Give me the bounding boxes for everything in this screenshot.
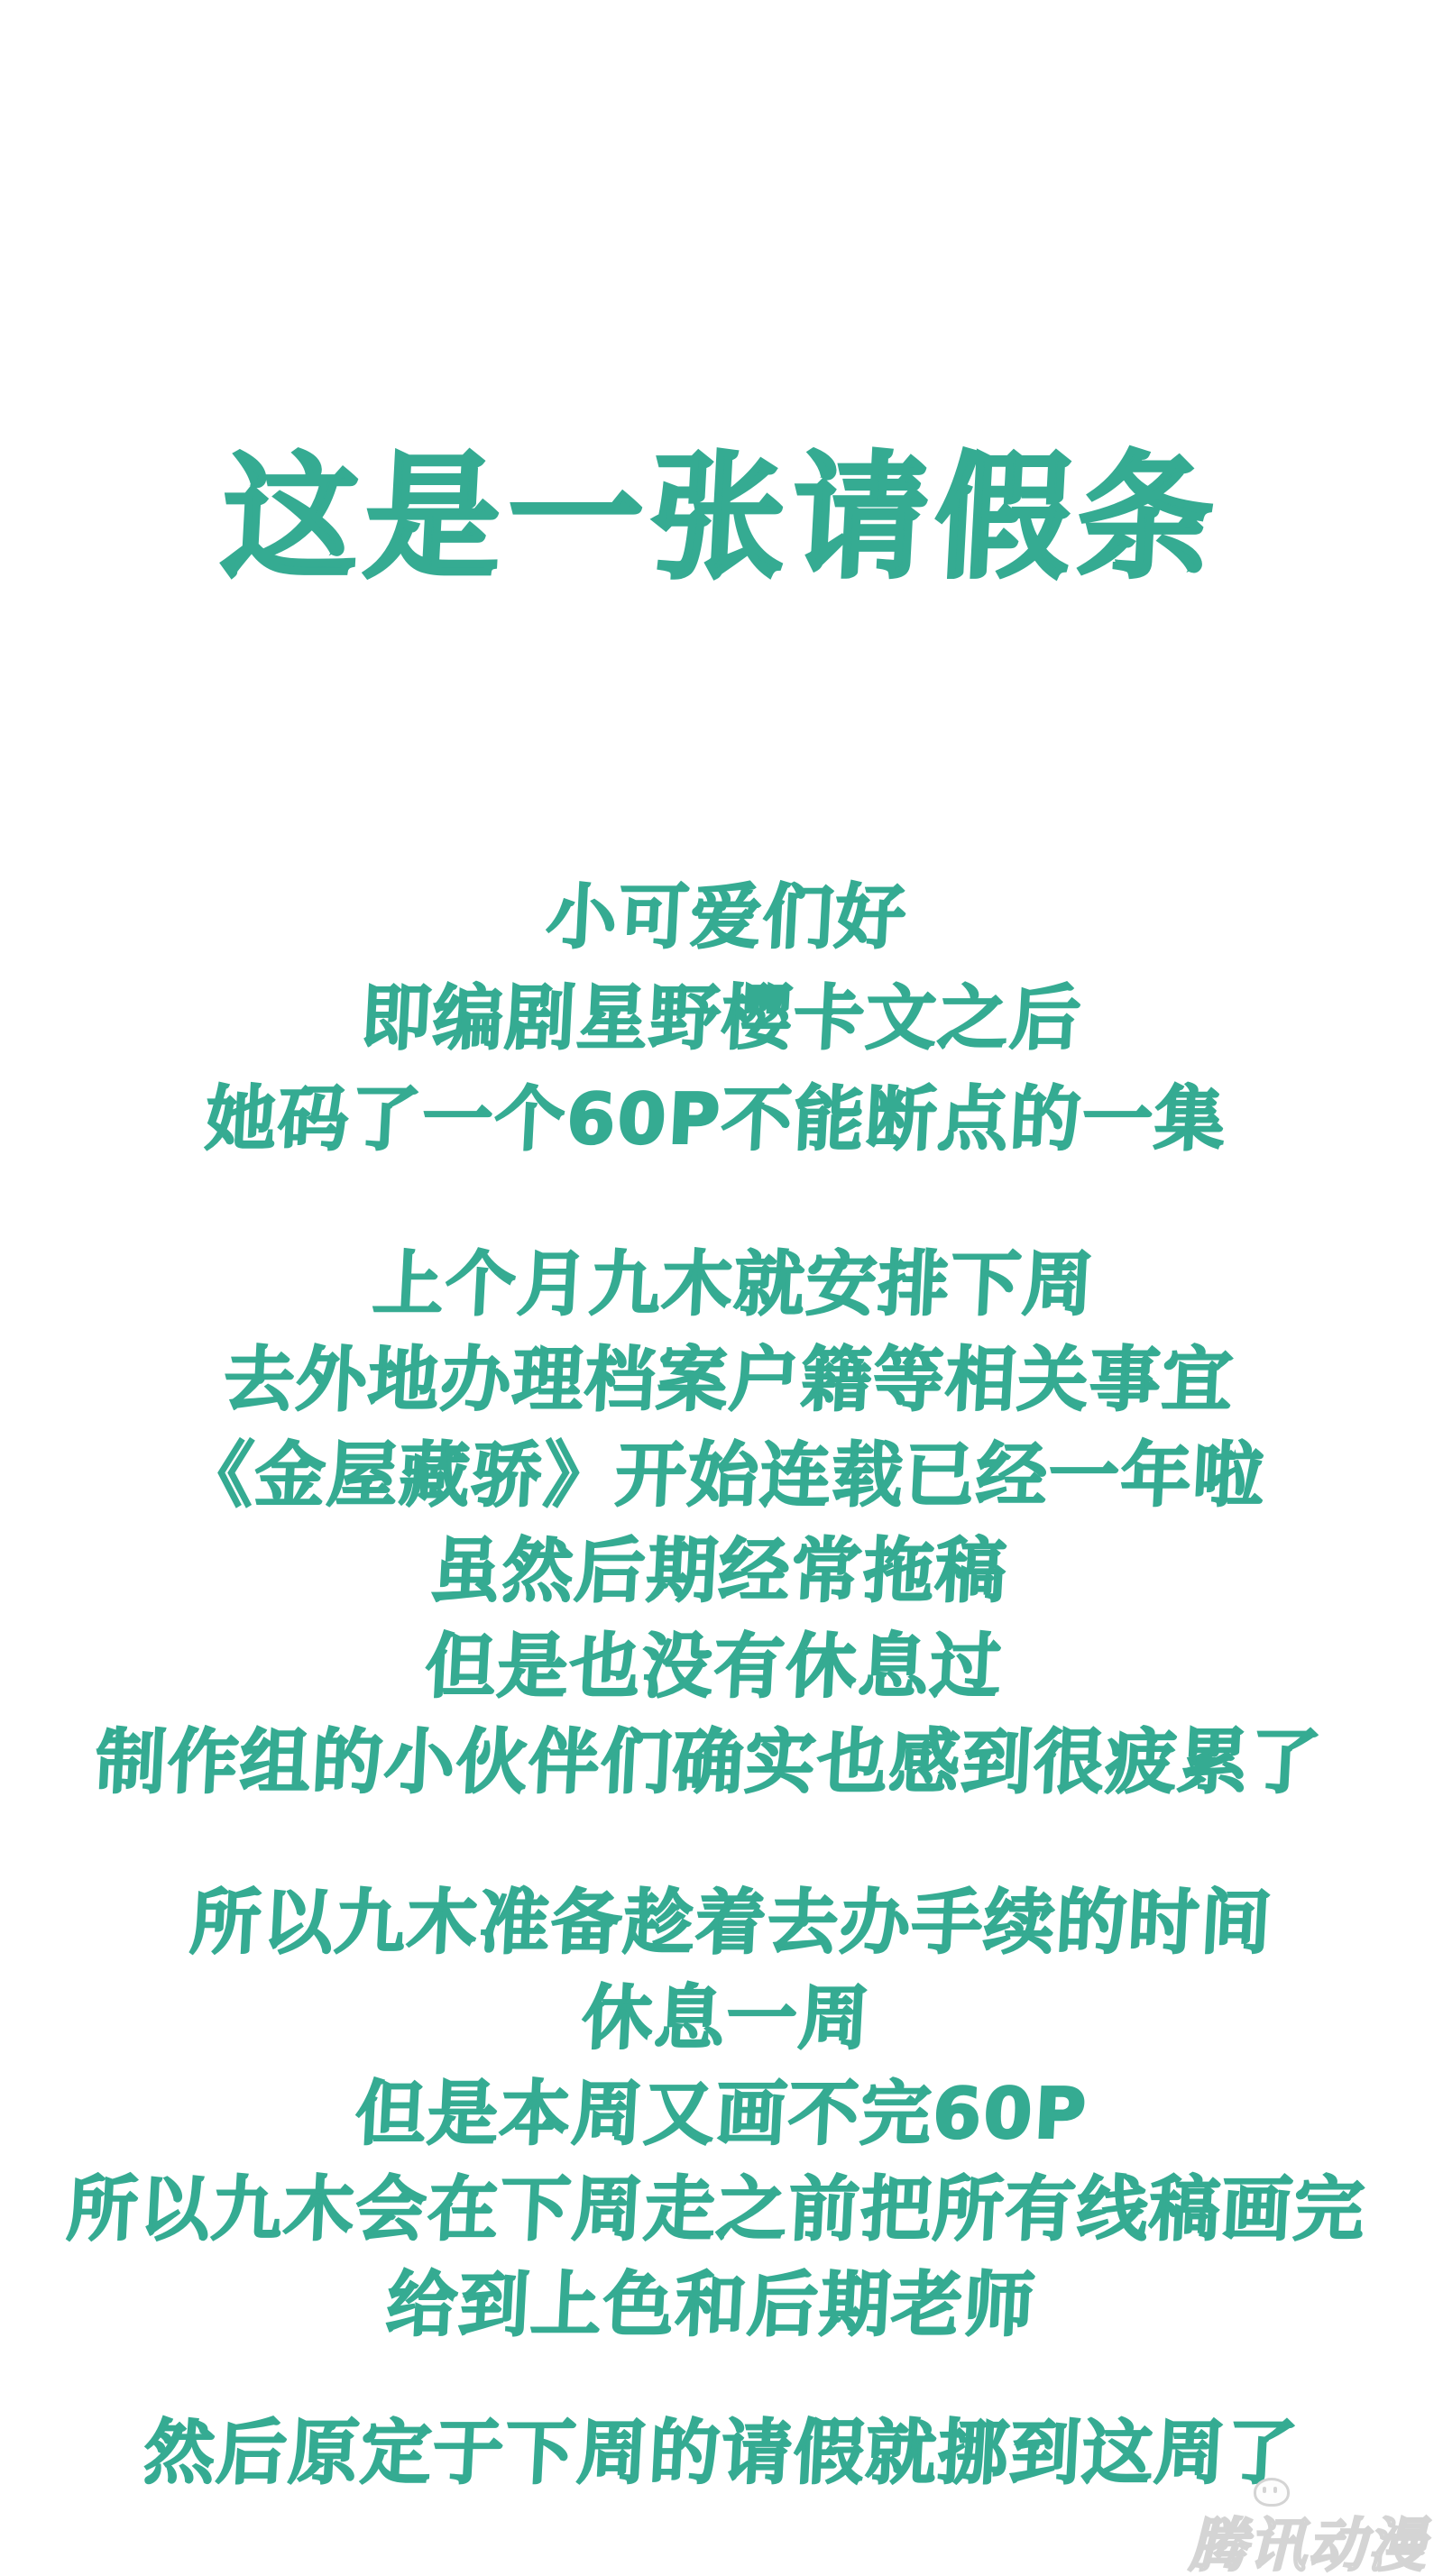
- paragraph-conclusion: 然后原定于下周的请假就挪到这周了: [0, 2406, 1443, 2501]
- text-line: 给到上色和后期老师: [0, 2258, 1436, 2353]
- text-line: 《金屋藏骄》开始连载已经一年啦: [0, 1428, 1443, 1524]
- text-line: 然后原定于下周的请假就挪到这周了: [0, 2406, 1443, 2501]
- text-line: 休息一周: [3, 1971, 1443, 2067]
- text-line: 小可爱们好: [3, 867, 1443, 968]
- text-line: 制作组的小伙伴们确实也感到很疲累了: [0, 1715, 1433, 1811]
- paragraph-reason: 上个月九木就安排下周 去外地办理档案户籍等相关事宜 《金屋藏骄》开始连载已经一年…: [0, 1237, 1443, 1811]
- tencent-comics-watermark: 腾讯动漫: [1189, 2499, 1427, 2576]
- leave-notice-page: 这是一张请假条 小可爱们好 即编剧星野樱卡文之后 她码了一个60P不能断点的一集…: [0, 0, 1443, 2576]
- text-line: 但是本周又画不完60P: [0, 2067, 1443, 2162]
- paragraph-greeting: 小可爱们好 即编剧星野樱卡文之后 她码了一个60P不能断点的一集: [0, 867, 1443, 1170]
- text-line: 所以九木准备趁着去办手续的时间: [7, 1875, 1443, 1971]
- text-line: 但是也没有休息过: [0, 1619, 1438, 1715]
- text-line: 她码了一个60P不能断点的一集: [0, 1069, 1440, 1170]
- text-line: 上个月九木就安排下周: [10, 1237, 1443, 1333]
- paragraph-plan: 所以九木准备趁着去办手续的时间 休息一周 但是本周又画不完60P 所以九木会在下…: [0, 1875, 1443, 2353]
- text-line: 去外地办理档案户籍等相关事宜: [5, 1333, 1443, 1428]
- watermark-text: 腾讯动漫: [1189, 2513, 1427, 2576]
- text-line: 所以九木会在下周走之前把所有线稿画完: [0, 2162, 1440, 2258]
- text-line: 即编剧星野樱卡文之后: [0, 968, 1443, 1069]
- text-line: 虽然后期经常拖稿: [0, 1524, 1443, 1619]
- page-title: 这是一张请假条: [0, 446, 1443, 591]
- mascot-face-icon: [1254, 2478, 1290, 2507]
